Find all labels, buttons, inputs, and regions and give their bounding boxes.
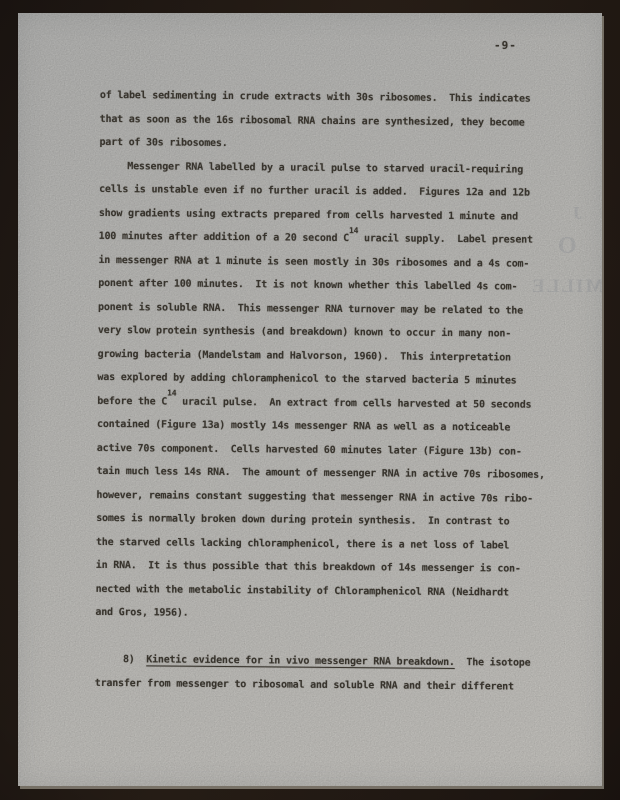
text-segment: The isotope (455, 657, 531, 669)
text-segment: active 70s component. Cells harvested 60… (97, 442, 522, 457)
text-segment: cells is unstable even if no further ura… (99, 184, 530, 199)
text-segment: 100 minutes after addition of a 20 secon… (99, 231, 349, 244)
text-segment: in RNA. It is thus possible that this br… (96, 560, 521, 575)
superscript-isotope: 14 (349, 226, 358, 235)
text-segment: Messenger RNA labelled by a uracil pulse… (127, 161, 523, 175)
scan-background: JOMILLE -9- of label sedimenting in crud… (0, 0, 620, 800)
typewritten-text: of label sedimenting in crude extracts w… (95, 84, 575, 699)
text-line: part of 30s ribosomes. (99, 131, 574, 159)
text-segment: contained (Figure 13a) mostly 14s messen… (97, 419, 510, 434)
text-line: in RNA. It is thus possible that this br… (96, 554, 571, 582)
text-line: very slow protein synthesis (and breakdo… (98, 319, 573, 347)
superscript-isotope: 14 (167, 389, 176, 398)
text-line: tain much less 14s RNA. The amount of me… (97, 460, 572, 488)
text-segment: uracil pulse. An extract from cells harv… (176, 396, 531, 410)
text-line: 8) Kinetic evidence for in vivo messenge… (95, 648, 570, 676)
text-segment: uracil supply. Label present (358, 233, 533, 246)
text-line: 100 minutes after addition of a 20 secon… (99, 225, 574, 253)
page-number: -9- (494, 39, 517, 52)
text-line: of label sedimenting in crude extracts w… (100, 84, 575, 112)
text-line: and Gros, 1956). (95, 601, 570, 629)
text-segment: growing bacteria (Mandelstam and Halvors… (98, 348, 511, 363)
text-segment: show gradients using extracts prepared f… (99, 207, 518, 222)
text-line: somes is normally broken down during pro… (96, 507, 571, 535)
text-segment: nected with the metabolic instability of… (96, 583, 509, 598)
text-segment: transfer from messenger to ribosomal and… (95, 677, 514, 692)
text-line: transfer from messenger to ribosomal and… (95, 671, 570, 699)
text-segment: part of 30s ribosomes. (99, 137, 227, 149)
text-segment: somes is normally broken down during pro… (96, 513, 509, 528)
text-line: cells is unstable even if no further ura… (99, 178, 574, 206)
text-segment: the starved cells lacking chloramphenico… (96, 536, 509, 551)
text-segment: very slow protein synthesis (and breakdo… (98, 325, 511, 340)
text-segment: was explored by adding chloramphenicol t… (97, 372, 516, 387)
text-segment: in messenger RNA at 1 minute is seen mos… (98, 254, 529, 269)
text-segment: ponent is soluble RNA. This messenger RN… (98, 301, 523, 316)
text-segment: that as soon as the 16s ribosomal RNA ch… (100, 113, 525, 128)
text-segment: tain much less 14s RNA. The amount of me… (97, 466, 545, 481)
text-segment: ponent after 100 minutes. It is not know… (98, 278, 517, 293)
document-page: JOMILLE -9- of label sedimenting in crud… (18, 13, 602, 786)
text-line: ponent after 100 minutes. It is not know… (98, 272, 573, 300)
text-segment: 8) (123, 654, 146, 665)
text-segment: however, remains constant suggesting tha… (96, 489, 533, 504)
text-segment: and Gros, 1956). (95, 607, 188, 619)
text-segment: before the C (97, 395, 167, 407)
text-segment: of label sedimenting in crude extracts w… (100, 90, 531, 105)
underlined-heading: Kinetic evidence for in vivo messenger R… (146, 654, 455, 668)
text-line: contained (Figure 13a) mostly 14s messen… (97, 413, 572, 441)
